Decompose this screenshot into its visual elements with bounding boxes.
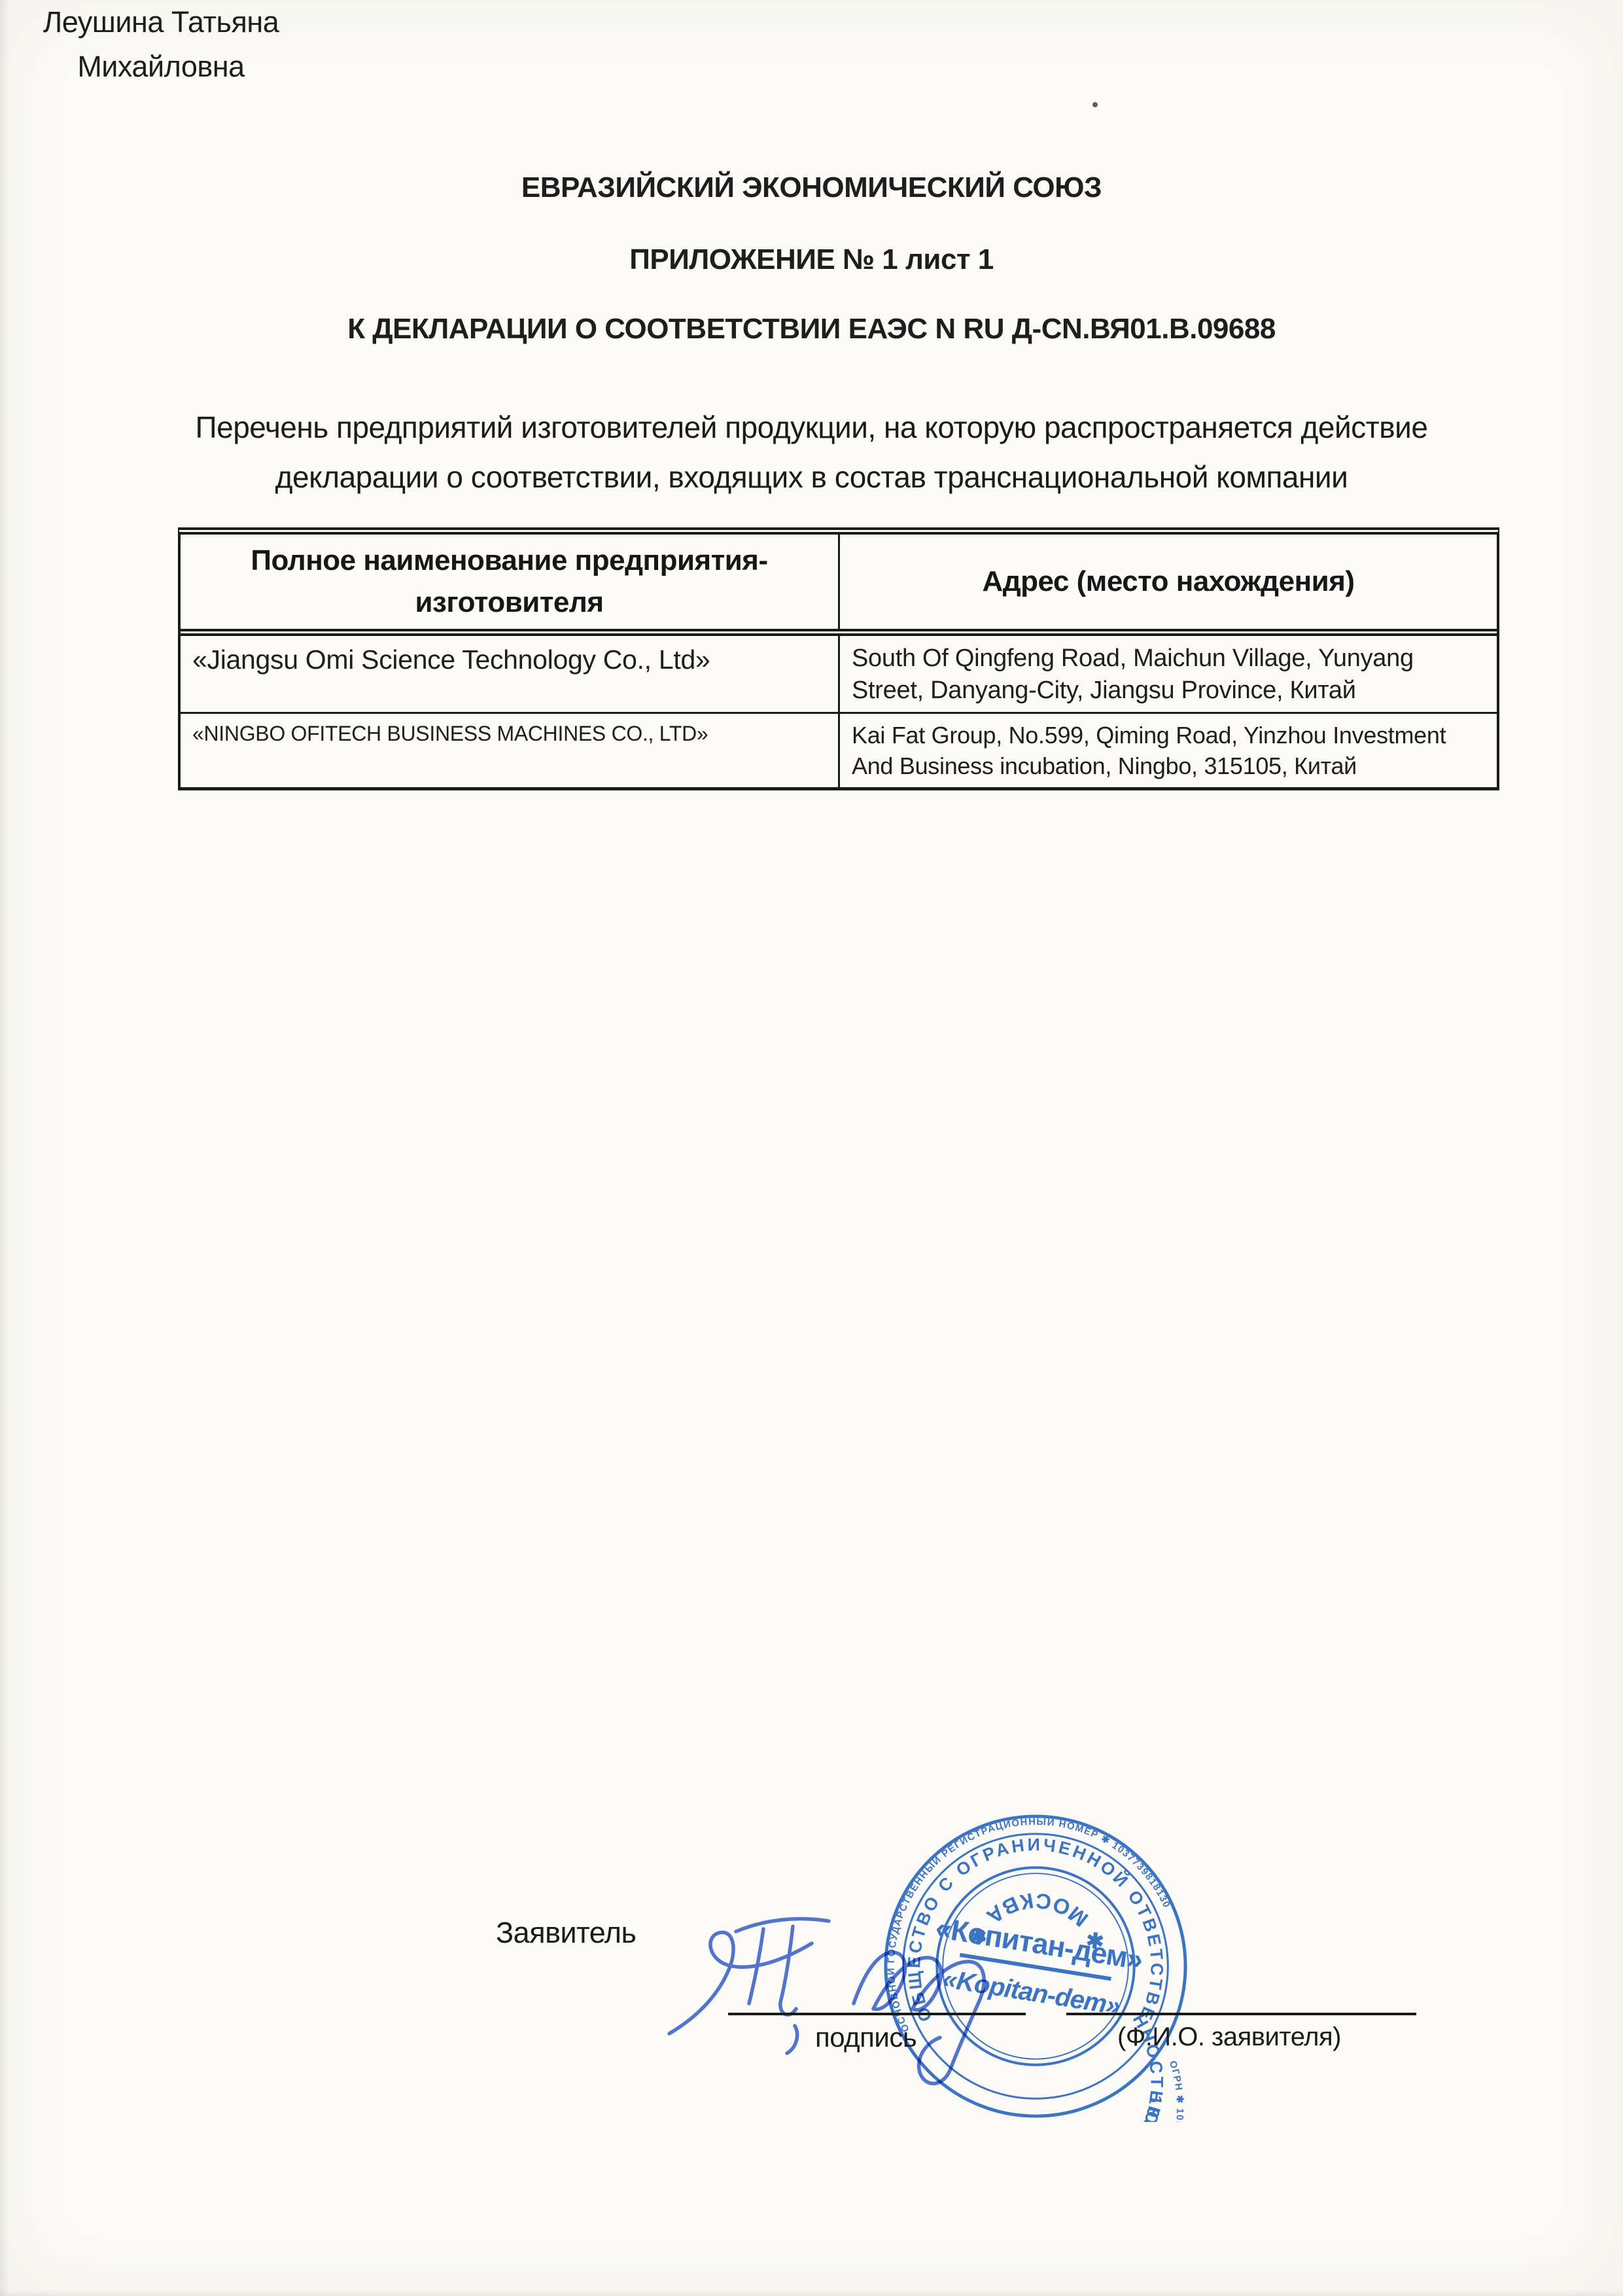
- table-row: «NINGBO OFITECH BUSINESS MACHINES CO., L…: [181, 714, 1497, 787]
- header-cell-address: Адрес (место нахождения): [840, 535, 1497, 629]
- intro-text-line-2: декларации о соответствии, входящих в со…: [0, 459, 1623, 495]
- document-page: ЕВРАЗИЙСКИЙ ЭКОНОМИЧЕСКИЙ СОЮЗ ПРИЛОЖЕНИ…: [0, 0, 1623, 2296]
- fio-line: [1066, 2013, 1416, 2015]
- applicant-label: Заявитель: [496, 1916, 636, 1950]
- ink-dot-artifact: [1092, 102, 1098, 107]
- manufacturer-name-cell: «NINGBO OFITECH BUSINESS MACHINES CO., L…: [181, 714, 840, 787]
- title-declaration-number: К ДЕКЛАРАЦИИ О СООТВЕТСТВИИ ЕАЭС N RU Д-…: [0, 313, 1623, 345]
- manufacturer-address-cell: Kai Fat Group, No.599, Qiming Road, Yinz…: [840, 714, 1497, 787]
- fio-caption: (Ф.И.О. заявителя): [1117, 2022, 1341, 2052]
- company-stamp: ОСНОВНОЙ ГОСУДАРСТВЕННЫЙ РЕГИСТРАЦИОННЫЙ…: [880, 1810, 1191, 2122]
- title-annex: ПРИЛОЖЕНИЕ № 1 лист 1: [0, 243, 1623, 276]
- signature-caption: подпись: [815, 2022, 916, 2053]
- table-row: «Jiangsu Omi Science Technology Co., Ltd…: [181, 636, 1497, 715]
- header-cell-manufacturer: Полное наименование предприятия-изготови…: [181, 535, 840, 629]
- intro-text-line-1: Перечень предприятий изготовителей проду…: [0, 410, 1623, 445]
- manufacturers-table: Полное наименование предприятия-изготови…: [178, 527, 1499, 790]
- applicant-name-line-2: Михайловна: [0, 44, 322, 89]
- signature-line: [728, 2013, 1026, 2015]
- title-union: ЕВРАЗИЙСКИЙ ЭКОНОМИЧЕСКИЙ СОЮЗ: [0, 171, 1623, 204]
- applicant-name-line-1: Леушина Татьяна: [0, 0, 322, 44]
- manufacturer-address-cell: South Of Qingfeng Road, Maichun Village,…: [840, 636, 1497, 713]
- table-header-row: Полное наименование предприятия-изготови…: [181, 535, 1497, 636]
- applicant-name: Леушина Татьяна Михайловна: [0, 0, 322, 88]
- manufacturer-name-cell: «Jiangsu Omi Science Technology Co., Ltd…: [181, 636, 840, 713]
